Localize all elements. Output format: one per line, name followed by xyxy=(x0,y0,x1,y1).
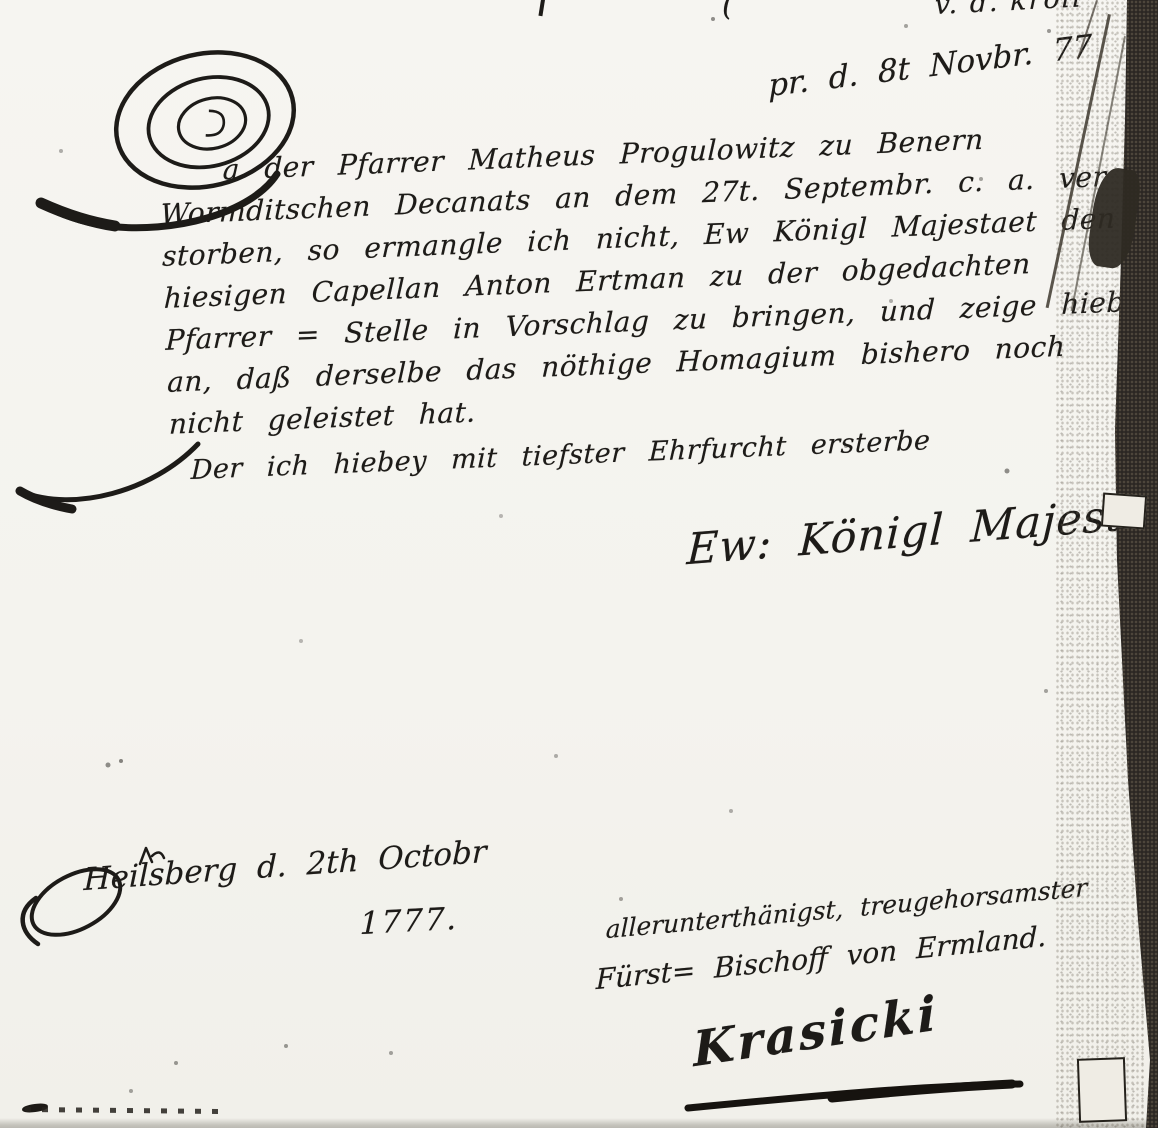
edge-fold-tab xyxy=(1101,493,1147,530)
signature-name: Krasicki xyxy=(692,985,940,1078)
scan-bottom-shadow xyxy=(0,1118,1158,1128)
top-edge-bracket-fragment: ( xyxy=(722,0,734,23)
received-note: pr. d. 8t Novbr. 77 xyxy=(768,28,1092,104)
closing-line-flourish xyxy=(12,430,212,520)
manuscript-scan: ( v. d. kroll pr. d. 8t Novbr. 77 a der … xyxy=(0,0,1158,1128)
paper-specks xyxy=(0,0,2,2)
initial-letter-spiral-flourish xyxy=(55,32,345,232)
signature-underline xyxy=(682,1076,1027,1116)
edge-corner-fragment xyxy=(1077,1057,1127,1123)
dotted-ink-row xyxy=(25,1107,220,1114)
top-edge-stroke-fragment xyxy=(538,0,545,16)
dateline-flourish xyxy=(14,840,154,965)
dateline-year: 1777. xyxy=(359,901,458,942)
